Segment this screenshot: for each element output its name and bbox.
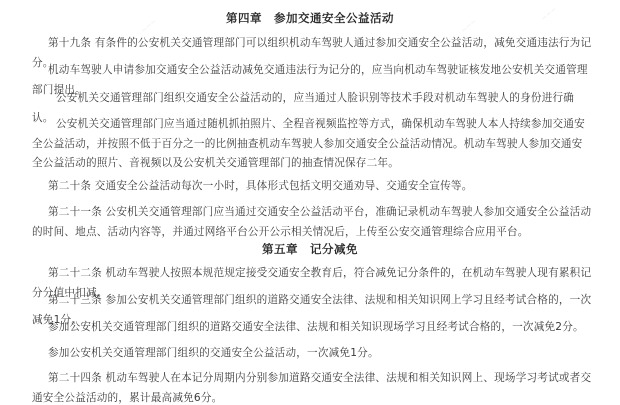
- article-24: 第二十四条 机动车驾驶人在本记分周期内分别参加道路交通安全法律、法规和相关知识网…: [32, 369, 592, 405]
- chapter-4-title: 第四章 参加交通安全公益活动: [0, 10, 620, 26]
- chapter-5-title: 第五章 记分减免: [0, 241, 620, 257]
- paragraph-public-welfare: 参加公安机关交通管理部门组织的交通安全公益活动，一次减免1分。: [32, 344, 592, 364]
- paragraph-monitoring: 公安机关交通管理部门应当通过随机抓拍照片、全程音视频监控等方式，确保机动车驾驶人…: [32, 115, 592, 174]
- paragraph-onsite-study: 参加公安机关交通管理部门组织的道路交通安全法律、法规和相关知识现场学习且经考试合…: [32, 318, 592, 338]
- article-21: 第二十一条 公安机关交通管理部门应当通过交通安全公益活动平台，准确记录机动车驾驶…: [32, 203, 592, 242]
- article-20: 第二十条 交通安全公益活动每次一小时，具体形式包括文明交通劝导、交通安全宣传等。: [32, 177, 592, 197]
